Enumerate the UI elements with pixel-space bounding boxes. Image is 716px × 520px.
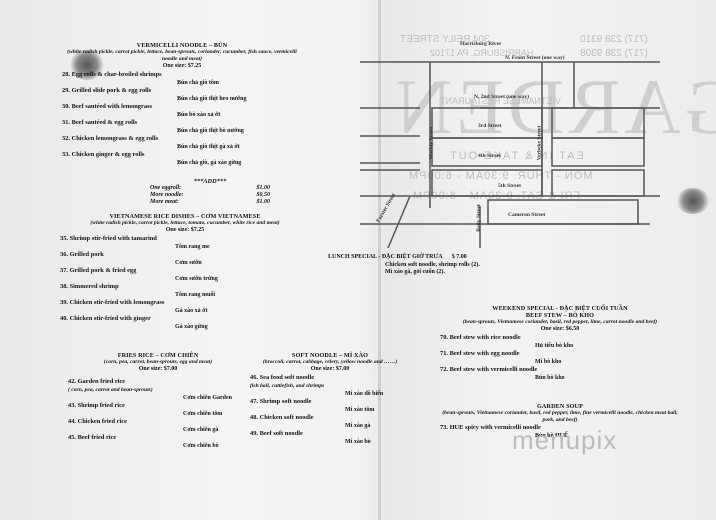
- addons-section: ***ADD*** One eggroll:$1.00More noodle:$…: [150, 178, 270, 206]
- item-vietnamese-name: Cơm chiên bò: [183, 442, 248, 450]
- map-label: 5th Street: [498, 183, 521, 189]
- item-vietnamese-name: Bún chả giò thịt gà xả ớt: [177, 143, 302, 151]
- stain: [676, 188, 710, 214]
- section-desc: (bean-sprouts, Vietnamese coriander, bas…: [440, 410, 680, 424]
- item-vietnamese-name: Cơm chiên gà: [183, 426, 248, 434]
- menu-item: 48. Chicken soft noodleMì xào gà: [250, 414, 410, 430]
- menu-item: 28. Egg rolls & char-broiled shrimpsBún …: [62, 71, 302, 87]
- section-subtitle: BEEF STEW – BÒ KHO: [440, 312, 680, 319]
- map-label: Cameron Street: [508, 212, 545, 218]
- menu-item: 43. Shrimp fried riceCơm chiên tôm: [68, 402, 248, 418]
- item-name: 33. Chicken ginger & egg rolls: [62, 151, 145, 158]
- addon-label: More noodle:: [150, 192, 236, 199]
- section-price: One size: $7.25: [60, 227, 310, 233]
- item-name: 28. Egg rolls & char-broiled shrimps: [62, 71, 162, 78]
- menu-item: 35. Shrimp stir-fried with tamarindTôm r…: [60, 235, 310, 251]
- map-label: N. Front Street (one way): [505, 55, 565, 61]
- menu-item: 36. Grilled porkCơm sườn: [60, 251, 310, 267]
- section-price: One size: $7.00: [250, 366, 410, 372]
- item-vietnamese-name: Gà xào gừng: [175, 323, 310, 331]
- map-label: 3rd Street: [478, 123, 502, 129]
- menu-item: 47. Shrimp soft noodleMì xào tôm: [250, 398, 410, 414]
- section-title: GARDEN SOUP: [440, 403, 680, 410]
- menu-item: 31. Beef sautéed & egg rollsBún chả giò …: [62, 119, 302, 135]
- section-title: VIETNAMESE RICE DISHES – CƠM VIETNAMESE: [60, 213, 310, 220]
- map-label: Harrisburg River: [460, 41, 501, 47]
- section-price: One size: $7.25: [62, 63, 302, 69]
- menu-item: 45. Beef fried riceCơm chiên bò: [68, 434, 248, 450]
- item-vietnamese-name: Cơm chiên tôm: [183, 410, 248, 418]
- section-desc: (white radish pickle, carrot pickle, let…: [62, 49, 302, 63]
- item-vietnamese-name: Bún chả giò tôm: [177, 79, 302, 87]
- section-desc: (bean-sprouts, Vietnamese coriander, bas…: [440, 319, 680, 326]
- menu-item: 39. Chicken stir-fried with lemongrassGà…: [60, 299, 310, 315]
- menu-item: 29. Grilled slide pork & egg rollsBún ch…: [62, 87, 302, 103]
- addon-row: More noodle:$0.50: [150, 192, 270, 199]
- addons-title: ***ADD***: [150, 178, 270, 185]
- item-note: fish ball, cuttlefish, and shrimps: [250, 382, 410, 390]
- item-name: 38. Simmered shrimp: [60, 283, 119, 290]
- item-name: 31. Beef sautéed & egg rolls: [62, 119, 137, 126]
- addon-label: More meat:: [150, 199, 236, 206]
- vermicelli-section: VERMICELLI NOODLE – BÚN (white radish pi…: [62, 42, 302, 167]
- item-name: 42. Garden fried rice: [68, 378, 125, 385]
- menu-item: 32. Chicken lemongrass & egg rollsBún ch…: [62, 135, 302, 151]
- item-name: 36. Grilled pork: [60, 251, 104, 258]
- item-note: ( corn, pea, carrot and bean-sprouts): [68, 386, 248, 394]
- lunch-line: Chicken soft noodle, shrimp rolls (2).: [385, 262, 480, 270]
- lunch-title: LUNCH SPECIAL - ĐẶC BIỆT GIỜ TRƯA: [328, 254, 442, 260]
- item-name: 47. Shrimp soft noodle: [250, 398, 311, 405]
- lunch-line: Mì xào gà, gỏi cuốn (2).: [385, 269, 480, 277]
- item-name: 32. Chicken lemongrass & egg rolls: [62, 135, 158, 142]
- item-vietnamese-name: Hủ tiếu bò kho: [535, 342, 680, 350]
- section-desc: (white radish pickle, carrot pickle, let…: [60, 220, 310, 227]
- item-vietnamese-name: Tôm rang me: [175, 243, 310, 251]
- item-vietnamese-name: Bún chả giò thịt heo nướng: [177, 95, 302, 103]
- item-vietnamese-name: Mì xào đồ biển: [345, 390, 410, 398]
- soft-noodle-section: SOFT NOODLE – MÌ XÀO (broccoli, carrot, …: [250, 352, 410, 446]
- fried-rice-section: FRIES RICE – CƠM CHIÊN (corn, pea, carro…: [68, 352, 248, 450]
- menu-scan: 304 REILY STREET (717) 238 9310 (717) 23…: [0, 0, 716, 520]
- map-label: Maclay Street: [428, 127, 434, 160]
- item-vietnamese-name: Bún bò xào xả ớt: [177, 111, 302, 119]
- item-vietnamese-name: Mì xào bò: [345, 438, 410, 446]
- section-title: FRIES RICE – CƠM CHIÊN: [68, 352, 248, 359]
- item-vietnamese-name: Gà xào xả ớt: [175, 307, 310, 315]
- menu-item: 72. Beef stew with vermicelli noodleBún …: [440, 366, 680, 382]
- item-vietnamese-name: Mì xào gà: [345, 422, 410, 430]
- section-title: WEEKEND SPECIAL - ĐẶC BIỆT CUỐI TUẦN: [440, 305, 680, 312]
- item-vietnamese-name: Cơm sườn: [175, 259, 310, 267]
- item-vietnamese-name: Bún chả giò, gà xào gừng: [177, 159, 302, 167]
- menu-item: 30. Beef sautéed with lemongrassBún bò x…: [62, 103, 302, 119]
- addon-label: One eggroll:: [150, 185, 236, 192]
- addon-row: One eggroll:$1.00: [150, 185, 270, 192]
- section-title: SOFT NOODLE – MÌ XÀO: [250, 352, 410, 359]
- lunch-special: LUNCH SPECIAL - ĐẶC BIỆT GIỜ TRƯA $ 7.00…: [328, 254, 480, 277]
- menu-item: 40. Chicken stir-fried with gingerGà xào…: [60, 315, 310, 331]
- menu-item: 42. Garden fried rice( corn, pea, carrot…: [68, 378, 248, 402]
- item-name: 44. Chicken fried rice: [68, 418, 127, 425]
- menu-item: 37. Grilled pork & fried eggCơm sườn trứ…: [60, 267, 310, 283]
- item-name: 35. Shrimp stir-fried with tamarind: [60, 235, 157, 242]
- item-name: 46. Sea food soft noodle: [250, 374, 314, 381]
- addons-table: One eggroll:$1.00More noodle:$0.50More m…: [150, 185, 270, 206]
- item-name: 70. Beef stew with rice noodle: [440, 334, 521, 341]
- item-vietnamese-name: Bún chả giò thịt bò nướng: [177, 127, 302, 135]
- section-price: One size: $7.00: [68, 366, 248, 372]
- item-name: 48. Chicken soft noodle: [250, 414, 314, 421]
- watermark-logo: menupix: [512, 425, 617, 456]
- item-name: 43. Shrimp fried rice: [68, 402, 125, 409]
- menu-item: 71. Beef stew with egg noodleMì bò kho: [440, 350, 680, 366]
- item-vietnamese-name: Cơm chiên Garden: [183, 394, 248, 402]
- item-vietnamese-name: Mì xào tôm: [345, 406, 410, 414]
- map-label: Reily Street: [476, 204, 482, 232]
- item-name: 71. Beef stew with egg noodle: [440, 350, 520, 357]
- item-name: 49. Beef soft noodle: [250, 430, 303, 437]
- section-title: VERMICELLI NOODLE – BÚN: [62, 42, 302, 49]
- addon-price: $1.00: [236, 185, 270, 192]
- map-label: N. 2nd Street (one way): [474, 94, 529, 100]
- item-name: 39. Chicken stir-fried with lemongrass: [60, 299, 164, 306]
- item-vietnamese-name: Cơm sườn trứng: [175, 275, 310, 283]
- item-name: 29. Grilled slide pork & egg rolls: [62, 87, 151, 94]
- addon-price: $1.00: [236, 199, 270, 206]
- menu-item: 44. Chicken fried riceCơm chiên gà: [68, 418, 248, 434]
- section-price: One size: $6.50: [440, 326, 680, 332]
- section-desc: (corn, pea, carrot, bean-sprouts, egg an…: [68, 359, 248, 366]
- item-name: 45. Beef fried rice: [68, 434, 116, 441]
- menu-item: 33. Chicken ginger & egg rollsBún chả gi…: [62, 151, 302, 167]
- menu-item: 38. Simmered shrimpTôm rang muối: [60, 283, 310, 299]
- menu-item: 46. Sea food soft noodlefish ball, cuttl…: [250, 374, 410, 398]
- menu-item: 49. Beef soft noodleMì xào bò: [250, 430, 410, 446]
- item-name: 40. Chicken stir-fried with ginger: [60, 315, 151, 322]
- addon-price: $0.50: [236, 192, 270, 199]
- item-vietnamese-name: Tôm rang muối: [175, 291, 310, 299]
- rice-section: VIETNAMESE RICE DISHES – CƠM VIETNAMESE …: [60, 213, 310, 331]
- item-name: 30. Beef sautéed with lemongrass: [62, 103, 152, 110]
- item-name: 72. Beef stew with vermicelli noodle: [440, 366, 537, 373]
- menu-item: 70. Beef stew with rice noodleHủ tiếu bò…: [440, 334, 680, 350]
- item-name: 37. Grilled pork & fried egg: [60, 267, 136, 274]
- item-vietnamese-name: Bún bò kho: [535, 374, 680, 382]
- weekend-section: WEEKEND SPECIAL - ĐẶC BIỆT CUỐI TUẦN BEE…: [440, 305, 680, 382]
- lunch-price: $ 7.00: [452, 254, 467, 260]
- map-label: Verbeke Street: [536, 126, 542, 161]
- addon-row: More meat:$1.00: [150, 199, 270, 206]
- item-vietnamese-name: Mì bò kho: [535, 358, 680, 366]
- map-label: 4th Street: [478, 153, 501, 159]
- section-desc: (broccoli, carrot, cabbage, celery, yell…: [250, 359, 410, 366]
